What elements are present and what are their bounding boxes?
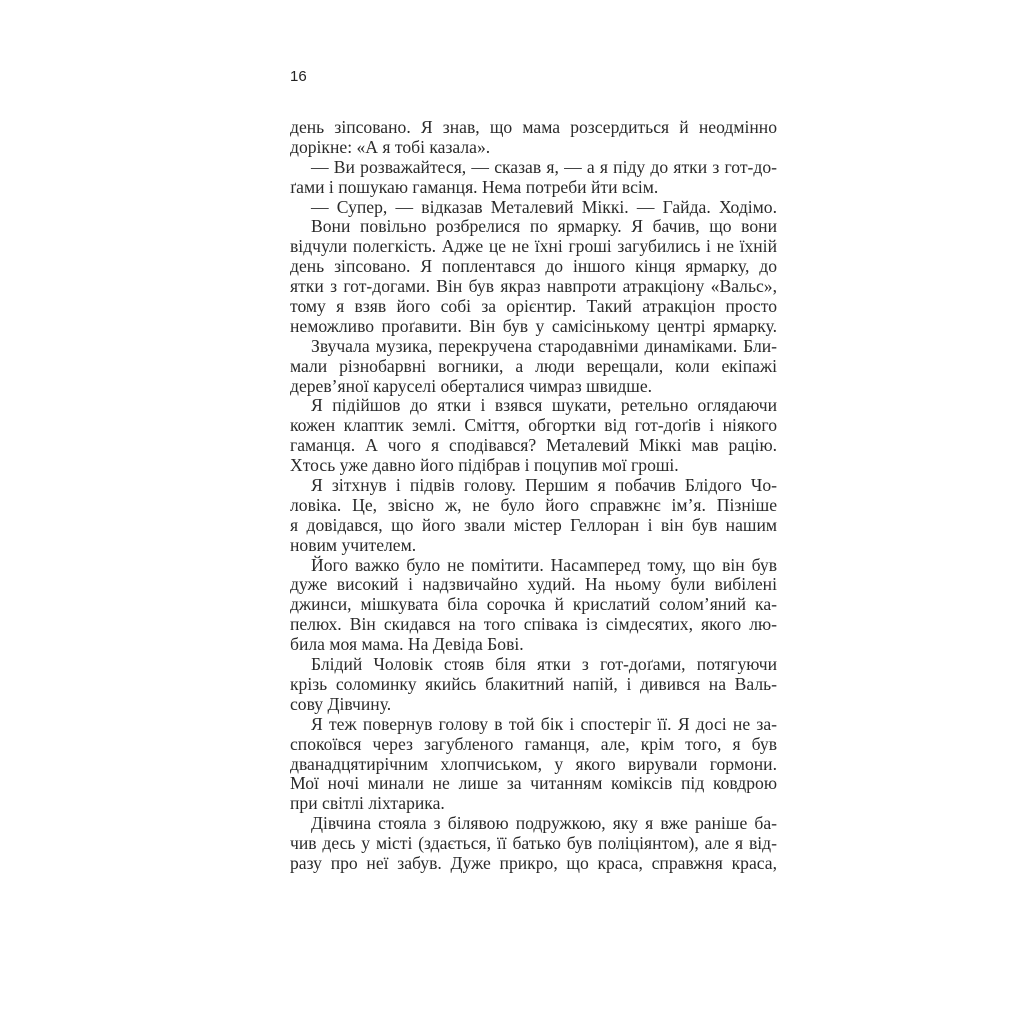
text-line: я довідався, що його звали містер Геллор… [290,516,777,536]
text-line: Звучала музика, перекручена стародавніми… [290,337,777,357]
text-line: пелюх. Він скидався на того співака із с… [290,615,777,635]
text-line: Я теж повернув голову в той бік і спосте… [290,715,777,735]
text-line: мали різнобарвні вогники, а люди верещал… [290,357,777,377]
text-line: Мої ночі минали не лише за читанням комі… [290,774,777,794]
text-line: неможливо проґавити. Він був у самісіньк… [290,317,777,337]
text-line: била моя мама. На Девіда Бові. [290,635,777,655]
text-line: сову Дівчину. [290,695,777,715]
text-line: чив десь у місті (здається, її батько бу… [290,834,777,854]
text-line: крізь соломинку якийсь блакитний напій, … [290,675,777,695]
text-line: Хтось уже давно його підібрав і поцупив … [290,456,777,476]
text-line: джинси, мішкувата біла сорочка й крислат… [290,595,777,615]
text-line: — Супер, — відказав Металевий Міккі. — Г… [290,198,777,218]
text-line: Я зітхнув і підвів голову. Першим я поба… [290,476,777,496]
text-line: при світлі ліхтарика. [290,794,777,814]
body-text: день зіпсовано. Я знав, що мама розсерди… [290,118,777,874]
text-line: дуже високий і надзвичайно худий. На ньо… [290,575,777,595]
text-line: тому я взяв його собі за орієнтир. Такий… [290,297,777,317]
page-number: 16 [290,68,307,85]
text-line: Я підійшов до ятки і взявся шукати, рете… [290,396,777,416]
text-line: ґами і пошукаю гаманця. Нема потреби йти… [290,178,777,198]
text-line: дерев’яної каруселі оберталися чимраз шв… [290,377,777,397]
text-line: спокоївся через загубленого гаманця, але… [290,735,777,755]
text-line: відчули полегкість. Адже це не їхні грош… [290,237,777,257]
text-line: день зіпсовано. Я знав, що мама розсерди… [290,118,777,138]
text-line: новим учителем. [290,536,777,556]
text-line: ловіка. Це, звісно ж, не було його справ… [290,496,777,516]
text-line: день зіпсовано. Я поплентався до іншого … [290,257,777,277]
text-line: Дівчина стояла з білявою подружкою, яку … [290,814,777,834]
text-line: кожен клаптик землі. Сміття, обгортки ві… [290,416,777,436]
text-line: Блідий Чоловік стояв біля ятки з гот-доґ… [290,655,777,675]
text-line: Вони повільно розбрелися по ярмарку. Я б… [290,217,777,237]
text-line: дванадцятирічним хлопчиськом, у якого ви… [290,755,777,775]
text-line: дорікне: «А я тобі казала». [290,138,777,158]
text-line: — Ви розважайтеся, — сказав я, — а я під… [290,158,777,178]
text-line: разу про неї забув. Дуже прикро, що крас… [290,854,777,874]
text-line: ятки з гот-догами. Він був якраз навпрот… [290,277,777,297]
text-line: гаманця. А чого я сподівався? Металевий … [290,436,777,456]
text-line: Його важко було не помітити. Насамперед … [290,556,777,576]
